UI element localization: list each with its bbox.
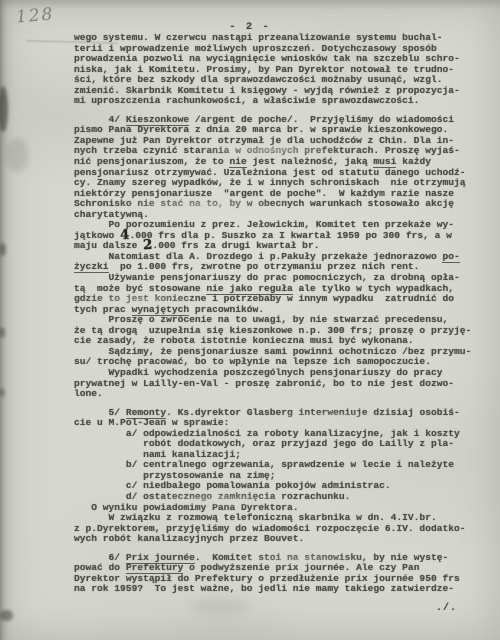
document-line: na rok 1959? To jest ważne, bo jedli nie… — [74, 584, 488, 595]
document-line: Używanie pensjonariuszy do prac pomocnic… — [74, 273, 488, 284]
document-body: wego systemu. W czerwcu nastąpi przeanal… — [74, 33, 488, 595]
paragraph: Wypadki wychodzenia poszczególnych pensj… — [74, 368, 488, 400]
underlined-text: po- — [442, 251, 459, 263]
paragraph: Po porozumieniu z prez. Jełowickim, Komi… — [74, 220, 488, 252]
end-of-page-mark: ./. — [436, 603, 457, 614]
paragraph: 5/ Remonty. Ks.dyrektor Glasberg interwe… — [74, 408, 488, 545]
paragraph: Sądzimy, że pensjonariusze sami powinni … — [74, 347, 488, 368]
document-line: nić pensjonariuszom, że to nie jest nale… — [74, 157, 488, 168]
document-line: mi uproszczenia rachunkowości, a właściw… — [74, 96, 488, 107]
document-line: wego systemu. W czerwcu nastąpi przeanal… — [74, 33, 488, 44]
document-line: d/ ostatecznego zamknięcia rozrachunku. — [74, 492, 488, 503]
paragraph: 6/ Prix journée. Komitet stoi na stanowi… — [74, 553, 488, 595]
scan-smudge — [6, 138, 28, 172]
document-line: lone. — [74, 389, 488, 400]
scan-edge-shadow-top — [0, 0, 500, 10]
paragraph: Używanie pensjonariuszy do prac pomocnic… — [74, 273, 488, 315]
paragraph: Natomiast dla A. Drozdego i p.Pakuły prz… — [74, 252, 488, 273]
paragraph: 4/ Kieszonkowe /argent de poche/. Przyję… — [74, 115, 488, 220]
document-line: wych robót kanalizacyjnych przez Bouvet. — [74, 534, 488, 545]
scan-stain — [190, 598, 250, 614]
scan-smudge — [0, 610, 13, 621]
paragraph: wego systemu. W czerwcu nastąpi przeanal… — [74, 33, 488, 107]
scanned-document-page: 128 - 2 - wego systemu. W czerwcu nastąp… — [0, 0, 500, 640]
document-line: Wypadki wychodzenia poszczególnych pensj… — [74, 368, 488, 379]
paragraph: Proszę o zwrócenie na to uwagi, by nie s… — [74, 315, 488, 347]
document-line: prywatnej w Lailly-en-Val - proszę zabro… — [74, 379, 488, 390]
